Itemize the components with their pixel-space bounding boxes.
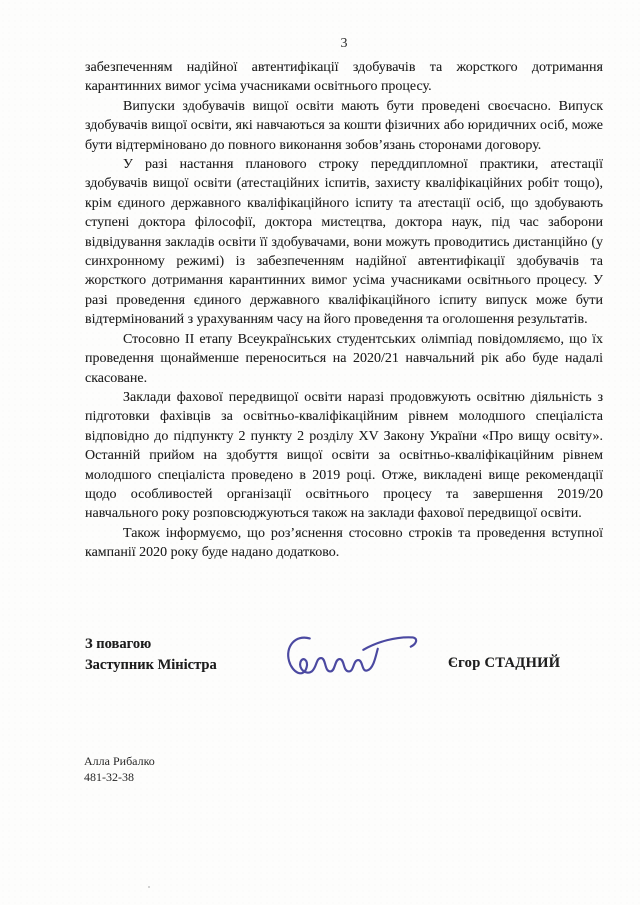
paragraph: Також інформуємо, що роз’яснення стосовн… — [85, 524, 603, 563]
executor-contact: Алла Рибалко 481-32-38 — [84, 754, 155, 785]
handwritten-signature-ink — [273, 624, 431, 690]
paragraph: У разі настання планового строку передди… — [85, 155, 603, 330]
executor-phone: 481-32-38 — [84, 770, 155, 786]
page-number: 3 — [85, 36, 603, 52]
signer-title: Заступник Міністра — [85, 655, 217, 676]
scan-speck — [148, 886, 150, 888]
signoff-left: З повагою Заступник Міністра — [85, 634, 217, 676]
document-page: 3 забезпеченням надійної автентифікації … — [0, 0, 640, 905]
paragraph: Заклади фахової передвищої освіти наразі… — [85, 388, 603, 524]
letter-body: забезпеченням надійної автентифікації зд… — [85, 58, 603, 563]
paragraph: забезпеченням надійної автентифікації зд… — [85, 58, 603, 97]
signature-block: З повагою Заступник Міністра Єгор СТАДНИ… — [85, 634, 603, 698]
closing-salutation: З повагою — [85, 634, 217, 655]
executor-name: Алла Рибалко — [84, 754, 155, 770]
paragraph: Випуски здобувачів вищої освіти мають бу… — [85, 97, 603, 155]
paragraph: Стосовно II етапу Всеукраїнських студент… — [85, 330, 603, 388]
signer-name: Єгор СТАДНИЙ — [448, 655, 560, 672]
